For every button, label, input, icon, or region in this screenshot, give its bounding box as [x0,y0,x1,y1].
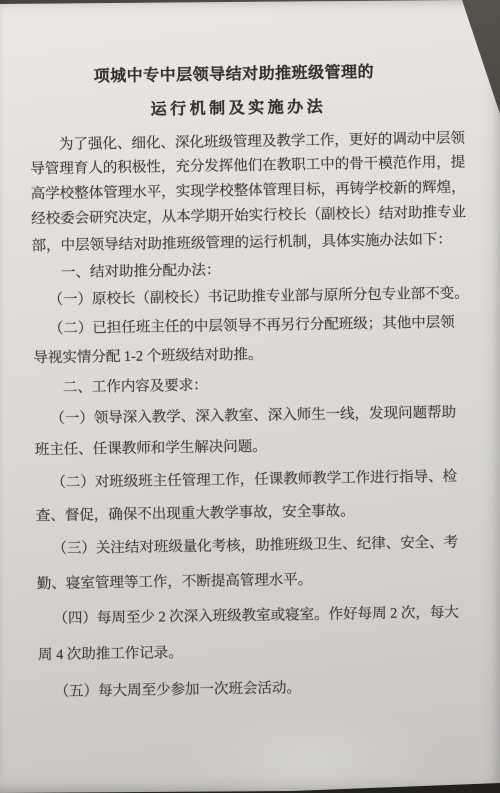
document-content: 项城中专中层领导结对助推班级管理的 运行机制及实施办法 为了强化、细化、深化班级… [0,0,500,793]
document-line: （五）每大周至少参加一次班会活动。 [38,678,301,702]
document-line: 经校委会研究决定，从本学期开始实行校长（副校长）结对助推专业 [31,203,466,230]
document-title-line1: 项城中专中层领导结对助推班级管理的 [0,57,473,88]
document-line: 部，中层领导结对助推班级管理的运行机制，具体实施办法如下： [31,229,452,256]
document-line: （四）每周至少 2 次深入班级教室或寝室。作好每周 2 次，每大 [37,603,459,630]
document-line: （二）对班级班主任管理工作，任课教师教学工作进行指导、检 [35,466,457,493]
document-body: 为了强化、细化、深化班级管理及教学工作，更好的调动中层领导管理育人的积极性，充分… [30,128,500,793]
document-line: 二、工作内容及要求： [34,376,208,399]
document-line: 勤、寝室管理等工作，不断提高管理水平。 [37,570,313,594]
document-line: 班主任、任课教师和学生解决问题。 [35,437,267,461]
document-line: 导视实情分配 1-2 个班级结对助推。 [33,345,262,369]
document-photo: 项城中专中层领导结对助推班级管理的 运行机制及实施办法 为了强化、细化、深化班级… [0,0,500,793]
document-line: 查、督促，确保不出现重大教学事故，安全事故。 [36,501,355,526]
document-line: 周 4 次助推工作记录。 [38,643,183,665]
paper-sheet: 项城中专中层领导结对助推班级管理的 运行机制及实施办法 为了强化、细化、深化班级… [0,0,500,793]
document-line: （一）原校长（副校长）书记助推专业部与原所分包专业部不变。 [32,284,469,311]
document-line: 导管理育人的积极性，充分发挥他们在教职工中的骨干模范作用，提 [30,153,465,180]
document-line: （一）领导深入教学、深入教室、深入师生一线，发现问题帮助 [34,403,456,430]
document-title-line2: 运行机制及实施办法 [0,91,482,122]
document-line: （三）关注结对班级量化考核，助推班级卫生、纪律、安全、考 [36,533,458,560]
document-line: 一、结对助推分配办法： [32,260,221,283]
document-line: 高学校整体管理水平，实现学校整体管理目标，再铸学校新的辉煌， [31,177,466,204]
document-line: 为了强化、细化、深化班级管理及教学工作，更好的调动中层领 [30,129,465,156]
document-line: （二）已担任班主任的中层领导不再另行分配班级；其他中层领 [33,313,455,340]
